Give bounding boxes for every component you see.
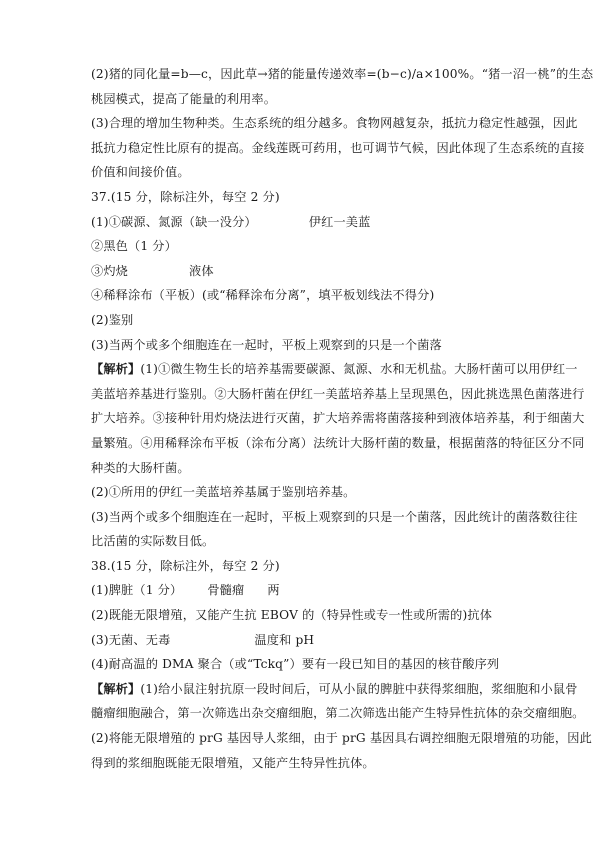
answer-item: (4)耐高温的 DMA 聚合（或“Tckq”）要有一段已知目的基因的核苷酸序列 xyxy=(91,657,499,671)
text-line: (1)脾脏（1 分）骨髓瘤两 xyxy=(91,578,511,603)
text-line: (4)耐高温的 DMA 聚合（或“Tckq”）要有一段已知目的基因的核苷酸序列 xyxy=(91,652,511,677)
answer-2-text-cont: 桃园模式，提高了能量的利用率。 xyxy=(91,92,276,106)
analysis-text: 扩大培养。③接种针用灼烧法进行灭菌，扩大培养需将菌落接种到液体培养基，利于细菌大 xyxy=(91,411,585,425)
analysis-text: (1)①微生物生长的培养基需要碳源、氮源、水和无机盐。大肠杆菌可以用伊红一 xyxy=(140,362,577,376)
text-line: ③灼烧液体 xyxy=(91,259,511,284)
analysis-text: 种类的大肠杆菌。 xyxy=(91,461,190,475)
answer-item: ②黑色（1 分） xyxy=(91,239,177,253)
text-line: 价值和间接价值。 xyxy=(91,160,511,185)
question-38-heading: 38.(15 分，除标注外，每空 2 分) xyxy=(91,554,511,579)
answer-item: (3)无菌、无毒 xyxy=(91,633,170,647)
text-line: 量繁殖。④用稀释涂布平板（涂布分离）法统计大肠杆菌的数量，根据菌落的特征区分不同 xyxy=(91,431,511,456)
text-line: 桃园模式，提高了能量的利用率。 xyxy=(91,87,511,112)
answer-item: ③灼烧 xyxy=(91,264,128,278)
answer-3-text-end: 价值和间接价值。 xyxy=(91,165,190,179)
answer-item: (2)既能无限增殖，又能产生抗 EBOV 的（特异性或专一性或所需的)抗体 xyxy=(91,608,492,622)
text-line: (2)既能无限增殖，又能产生抗 EBOV 的（特异性或专一性或所需的)抗体 xyxy=(91,603,511,628)
analysis-text: 得到的浆细胞既能无限增殖，又能产生特异性抗体。 xyxy=(91,756,375,770)
text-line: (2)猪的同化量=b—c，因此草→猪的能量传递效率=(b−c)/a×100%。“… xyxy=(91,62,511,87)
analysis-line: 【解析】(1)给小鼠注射抗原一段时间后，可从小鼠的脾脏中获得浆细胞，浆细胞和小鼠… xyxy=(91,677,511,702)
question-heading: 38.(15 分，除标注外，每空 2 分) xyxy=(91,559,280,573)
analysis-label: 【解析】 xyxy=(91,362,140,376)
answer-item: 伊红一美蓝 xyxy=(309,215,371,229)
analysis-line: 【解析】(1)①微生物生长的培养基需要碳源、氮源、水和无机盐。大肠杆菌可以用伊红… xyxy=(91,357,511,382)
text-line: 种类的大肠杆菌。 xyxy=(91,456,511,481)
text-line: ④稀释涂布（平板）(或“稀释涂布分离”，填平板划线法不得分) xyxy=(91,283,511,308)
answer-item: 温度和 pH xyxy=(254,633,314,647)
analysis-text: 髓瘤细胞融合，第一次筛选出杂交瘤细胞，第二次筛选出能产生特异性抗体的杂交瘤细胞。 xyxy=(91,706,585,720)
analysis-text: 量繁殖。④用稀释涂布平板（涂布分离）法统计大肠杆菌的数量，根据菌落的特征区分不同 xyxy=(91,436,585,450)
text-line: 髓瘤细胞融合，第一次筛选出杂交瘤细胞，第二次筛选出能产生特异性抗体的杂交瘤细胞。 xyxy=(91,701,511,726)
text-line: (2)鉴别 xyxy=(91,308,511,333)
answer-item: 两 xyxy=(267,583,279,597)
answer-item: (2)鉴别 xyxy=(91,313,133,327)
text-line: (1)①碳源、氮源（缺一没分）伊红一美蓝 xyxy=(91,210,511,235)
document-page: (2)猪的同化量=b—c，因此草→猪的能量传递效率=(b−c)/a×100%。“… xyxy=(91,62,511,775)
text-line: (3)当两个或多个细胞连在一起时，平板上观察到的只是一个菌落 xyxy=(91,333,511,358)
question-heading: 37.(15 分，除标注外，每空 2 分) xyxy=(91,190,280,204)
answer-item: 液体 xyxy=(189,264,214,278)
answer-2-text: (2)猪的同化量=b—c，因此草→猪的能量传递效率=(b−c)/a×100%。“… xyxy=(91,67,593,81)
answer-item: 骨髓瘤 xyxy=(207,583,244,597)
answer-item: (1)①碳源、氮源（缺一没分） xyxy=(91,215,257,229)
analysis-text: (3)当两个或多个细胞连在一起时，平板上观察到的只是一个菌落，因此统计的菌落数往… xyxy=(91,510,578,524)
text-line: (3)无菌、无毒温度和 pH xyxy=(91,628,511,653)
text-line: (2)将能无限增殖的 prG 基因导人浆细，由于 prG 基因具右调控细胞无限增… xyxy=(91,726,511,751)
answer-item: (1)脾脏（1 分） xyxy=(91,583,182,597)
text-line: 比活菌的实际数目低。 xyxy=(91,529,511,554)
text-line: (3)合理的增加生物种类。生态系统的组分越多。食物网越复杂，抵抗力稳定性越强，因… xyxy=(91,111,511,136)
answer-3-text: (3)合理的增加生物种类。生态系统的组分越多。食物网越复杂，抵抗力稳定性越强，因… xyxy=(91,116,578,130)
analysis-label: 【解析】 xyxy=(91,682,140,696)
answer-3-text-cont: 抵抗力稳定性比原有的提高。金线莲既可药用，也可调节气候，因此体现了生态系统的直接 xyxy=(91,141,585,155)
answer-item: (3)当两个或多个细胞连在一起时，平板上观察到的只是一个菌落 xyxy=(91,338,442,352)
analysis-text: 比活菌的实际数目低。 xyxy=(91,534,214,548)
text-line: ②黑色（1 分） xyxy=(91,234,511,259)
text-line: 扩大培养。③接种针用灼烧法进行灭菌，扩大培养需将菌落接种到液体培养基，利于细菌大 xyxy=(91,406,511,431)
answer-item: ④稀释涂布（平板）(或“稀释涂布分离”，填平板划线法不得分) xyxy=(91,288,434,302)
text-line: (2)①所用的伊红一美蓝培养基属于鉴别培养基。 xyxy=(91,480,511,505)
analysis-text: (1)给小鼠注射抗原一段时间后，可从小鼠的脾脏中获得浆细胞，浆细胞和小鼠骨 xyxy=(140,682,577,696)
question-37-heading: 37.(15 分，除标注外，每空 2 分) xyxy=(91,185,511,210)
analysis-text: (2)将能无限增殖的 prG 基因导人浆细，由于 prG 基因具右调控细胞无限增… xyxy=(91,731,592,745)
analysis-text: (2)①所用的伊红一美蓝培养基属于鉴别培养基。 xyxy=(91,485,355,499)
text-line: 得到的浆细胞既能无限增殖，又能产生特异性抗体。 xyxy=(91,751,511,776)
text-line: (3)当两个或多个细胞连在一起时，平板上观察到的只是一个菌落，因此统计的菌落数往… xyxy=(91,505,511,530)
analysis-text: 美蓝培养基进行鉴别。②大肠杆菌在伊红一美蓝培养基上呈现黑色，因此挑选黑色菌落进行 xyxy=(91,387,585,401)
text-line: 美蓝培养基进行鉴别。②大肠杆菌在伊红一美蓝培养基上呈现黑色，因此挑选黑色菌落进行 xyxy=(91,382,511,407)
text-line: 抵抗力稳定性比原有的提高。金线莲既可药用，也可调节气候，因此体现了生态系统的直接 xyxy=(91,136,511,161)
